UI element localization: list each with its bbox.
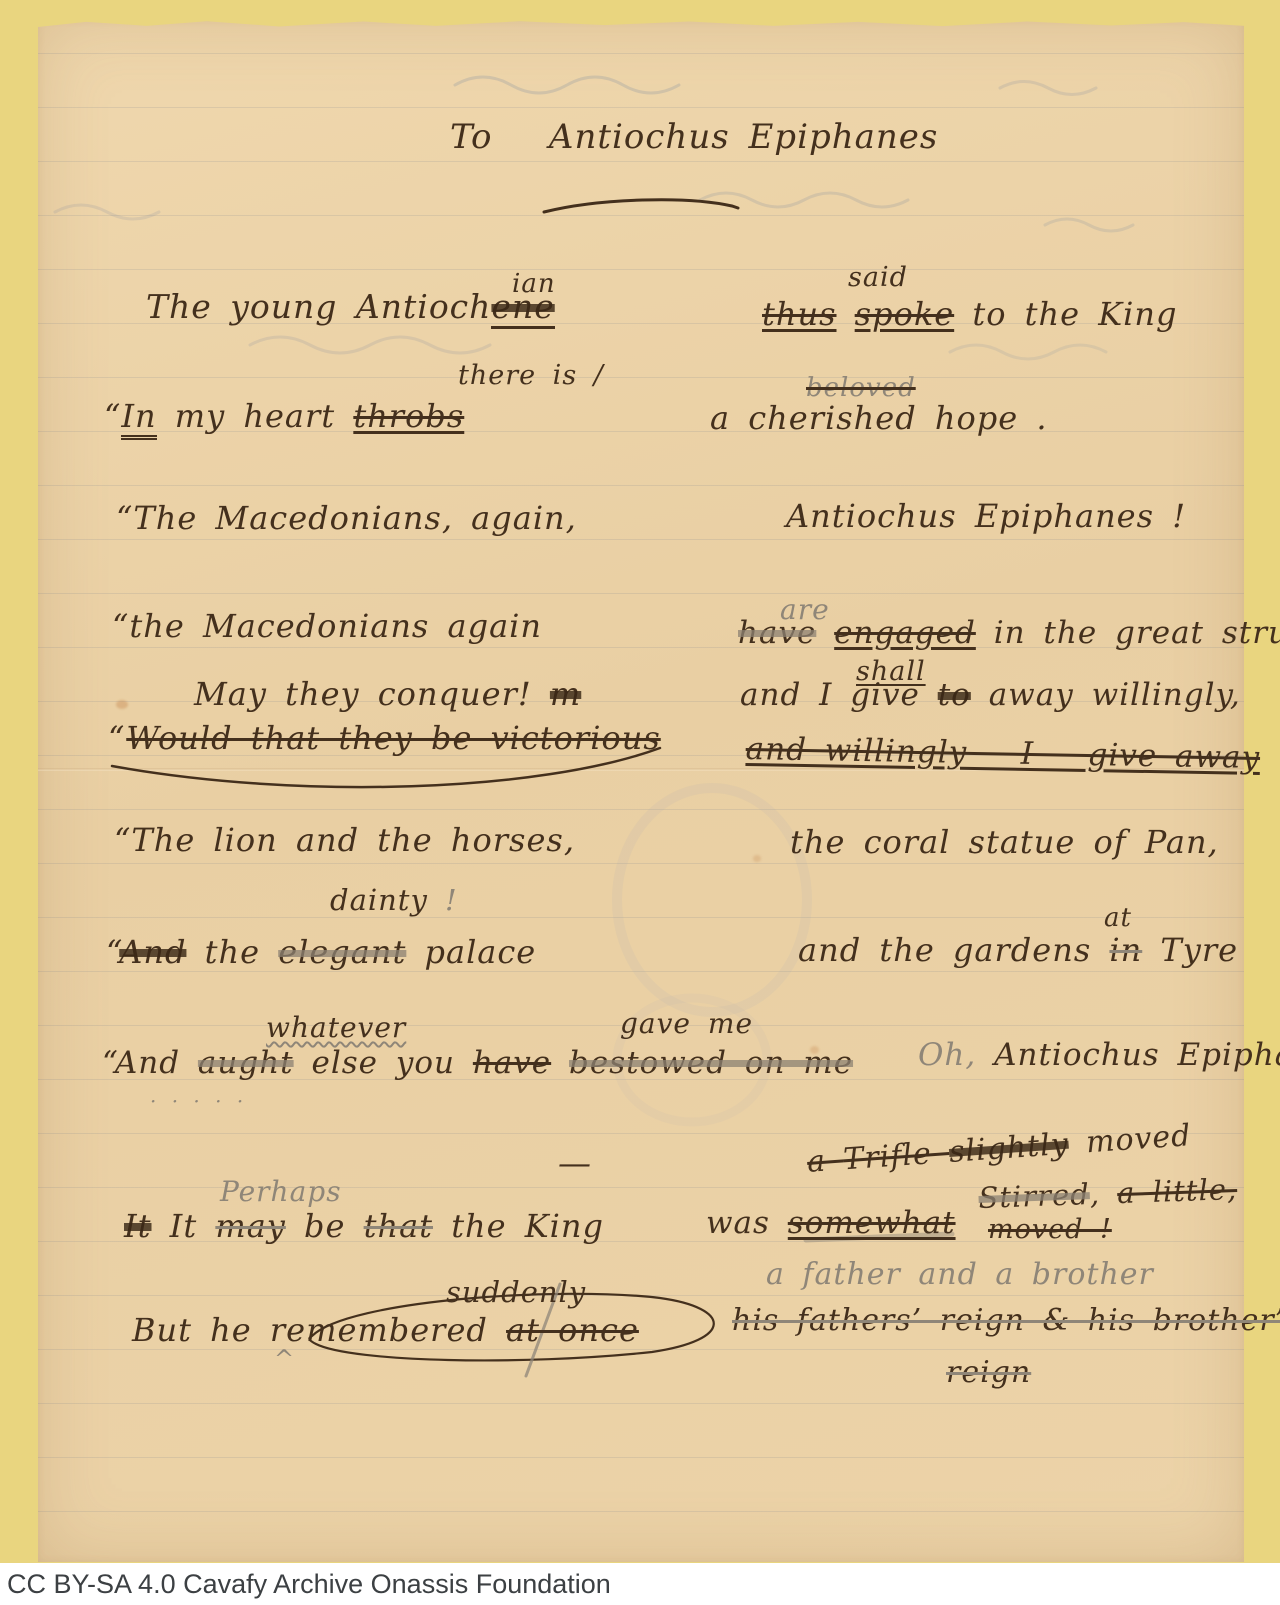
line-9-dots: · · · · · <box>150 1090 244 1113</box>
line-10-insert-trifle: a Trifle slightly moved <box>806 1119 1192 1180</box>
line-1-insert-said: said <box>848 262 908 293</box>
line-8-right: and the gardens in Tyre <box>798 932 1238 969</box>
line-9-insert-whatever: whatever <box>266 1012 406 1044</box>
poem-title: To Antiochus Epiphanes <box>450 118 938 157</box>
line-10-moved: moved ! <box>988 1214 1112 1245</box>
line-11-insert-father: a father and a brother <box>766 1258 1154 1293</box>
line-6-right: and willingly I give away <box>745 732 1260 777</box>
line-9-left: “And aught else you have bestowed on me <box>102 1046 853 1082</box>
line-8-insert-dainty: dainty ! <box>330 884 458 917</box>
line-5-left: May they conquer! m <box>194 676 581 713</box>
manuscript-page: To Antiochus EpiphanesianThe young Antio… <box>0 0 1280 1605</box>
line-7-left: “The lion and the horses, <box>114 822 575 859</box>
line-11-caret: ^ <box>274 1346 295 1374</box>
line-9-insert-gave-me: gave me <box>620 1008 753 1040</box>
line-7-right: the coral statue of Pan, <box>790 824 1219 861</box>
line-11-left: But he remembered at once <box>132 1312 639 1349</box>
manuscript-layer: To Antiochus EpiphanesianThe young Antio… <box>0 0 1280 1605</box>
line-8-left: “And the elegant palace <box>106 934 536 971</box>
line-2-right: a cherished hope . <box>710 400 1048 437</box>
line-10-right: was somewhat <box>706 1206 956 1242</box>
credit-text: CC BY-SA 4.0 Cavafy Archive Onassis Foun… <box>7 1569 611 1600</box>
line-11-insert-suddenly: suddenly <box>446 1276 586 1309</box>
stanza-dash: — <box>558 1144 592 1182</box>
line-10-left: It It may be that the King <box>124 1208 604 1245</box>
credit-bar: CC BY-SA 4.0 Cavafy Archive Onassis Foun… <box>0 1563 1280 1605</box>
line-11-reign: reign <box>946 1356 1031 1391</box>
line-8-insert-at: at <box>1104 904 1132 934</box>
line-3-left: “The Macedonians, again, <box>116 500 577 537</box>
line-5-right: and I give to away willingly, <box>740 678 1241 714</box>
line-4-left: “the Macedonians again <box>112 608 542 645</box>
line-1-left: The young Antiochene <box>146 288 555 326</box>
line-6-left: “Would that they be victorious <box>108 720 661 757</box>
line-2-left: “In my heart throbs <box>104 398 464 435</box>
line-10-insert-perhaps: Perhaps <box>220 1176 342 1208</box>
line-3-right: Antiochus Epiphanes ! <box>786 498 1186 535</box>
line-10-insert-stirred: Stirred, a little, <box>978 1173 1238 1215</box>
line-2-insert-there-is: there is / <box>458 360 604 391</box>
line-9-right: Oh, Antiochus Epiphanes’ <box>918 1038 1280 1074</box>
line-1-right: thus spoke to the King <box>762 296 1177 333</box>
line-4-right: have engaged in the great struggle <box>738 616 1280 652</box>
line-11-right: his fathers’ reign & his brother’s <box>732 1304 1280 1339</box>
